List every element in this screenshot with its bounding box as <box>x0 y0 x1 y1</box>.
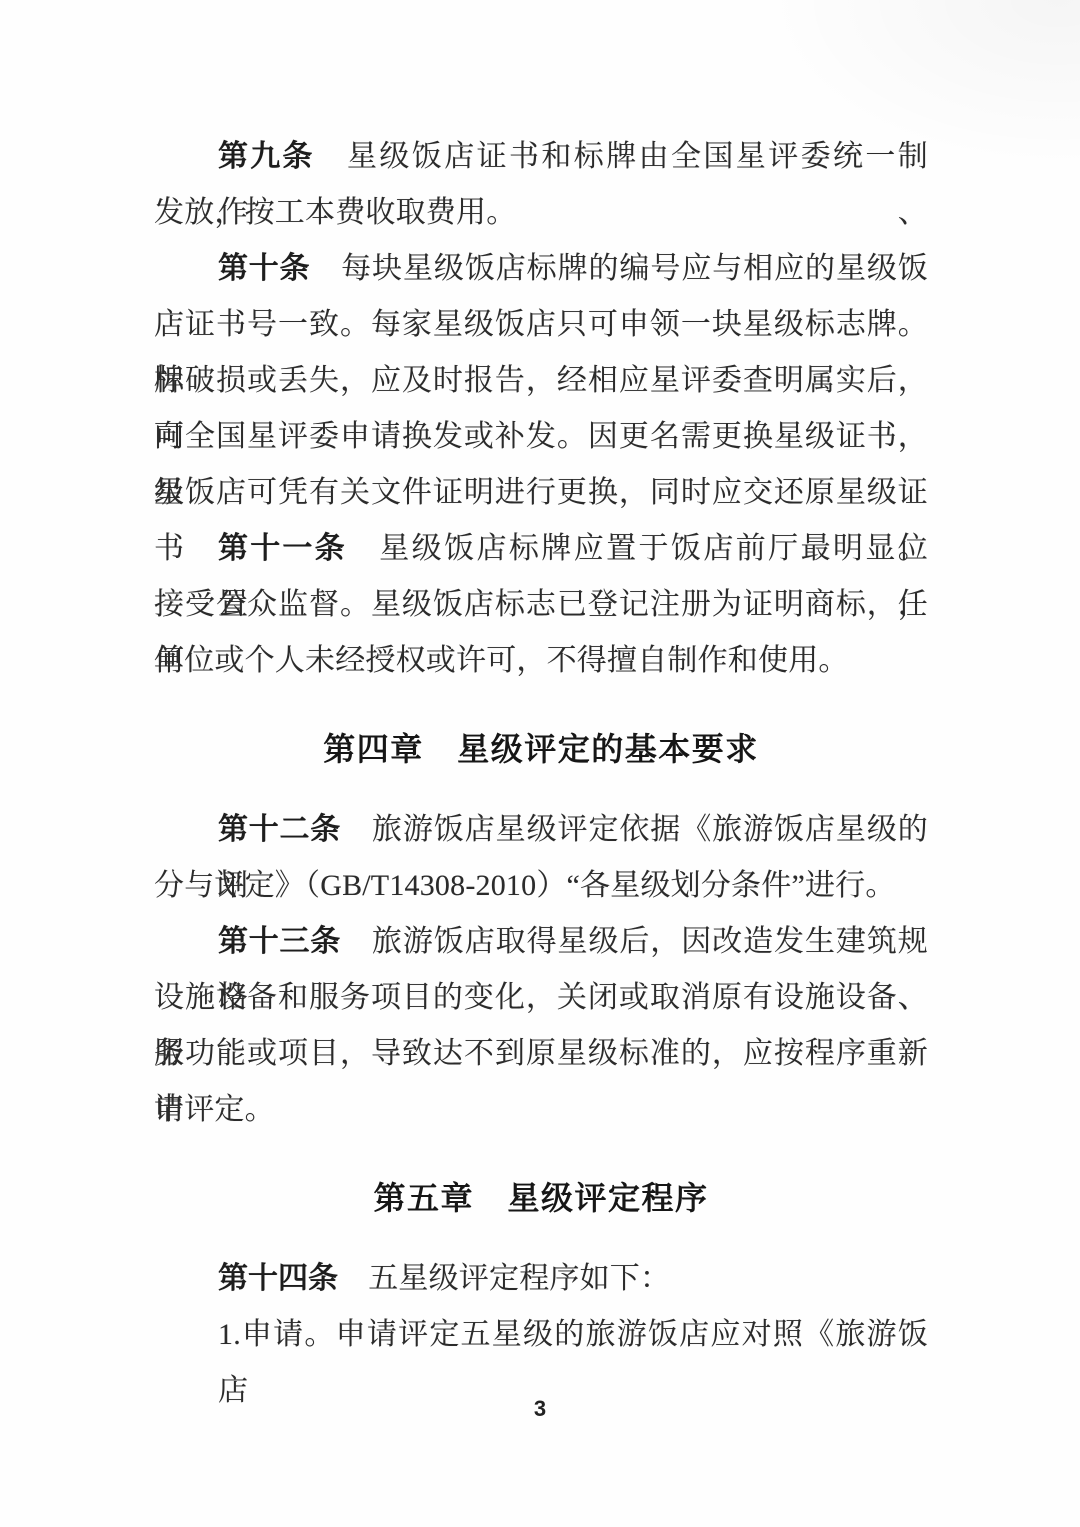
article-number: 第十条 <box>218 252 310 285</box>
text-line: 店证书号一致。每家星级饭店只可申领一块星级标志牌。标 <box>154 297 928 353</box>
text-line: 请评定。 <box>154 1082 928 1138</box>
document-page: 第九条 星级饭店证书和标牌由全国星评委统一制作、发放，按工本费收取费用。第十条 … <box>0 0 1080 1527</box>
text-block: 第九条 星级饭店证书和标牌由全国星评委统一制作、发放，按工本费收取费用。第十条 … <box>154 129 928 1363</box>
text-line: 牌破损或丢失，应及时报告，经相应星评委查明属实后，可 <box>154 353 928 409</box>
text-line: 1.申请。申请评定五星级的旅游饭店应对照《旅游饭店 <box>154 1307 928 1363</box>
article-number: 第十二条 <box>218 813 341 846</box>
chapter-heading: 第五章 星级评定程序 <box>154 1170 928 1226</box>
text-line: 务功能或项目，导致达不到原星级标准的，应按程序重新申 <box>154 1026 928 1082</box>
page-number: 3 <box>0 1396 1080 1422</box>
text-line: 第十条 每块星级饭店标牌的编号应与相应的星级饭 <box>154 241 928 297</box>
article-number: 第十三条 <box>218 925 341 958</box>
text-line: 接受公众监督。星级饭店标志已登记注册为证明商标，任何 <box>154 577 928 633</box>
text-line: 级饭店可凭有关文件证明进行更换，同时应交还原星级证书。 <box>154 465 928 521</box>
article-number: 第九条 <box>218 140 315 173</box>
text-line: 第十二条 旅游饭店星级评定依据《旅游饭店星级的划 <box>154 802 928 858</box>
text-line: 第十四条 五星级评定程序如下： <box>154 1251 928 1307</box>
text-line: 第十三条 旅游饭店取得星级后，因改造发生建筑规格、 <box>154 914 928 970</box>
article-number: 第十四条 <box>218 1262 338 1295</box>
text-line: 设施设备和服务项目的变化，关闭或取消原有设施设备、服 <box>154 970 928 1026</box>
chapter-heading: 第四章 星级评定的基本要求 <box>154 721 928 777</box>
text-line: 向全国星评委申请换发或补发。因更名需更换星级证书，星 <box>154 409 928 465</box>
text-line: 分与评定》（GB/T14308-2010）“各星级划分条件”进行。 <box>154 858 928 914</box>
text-line: 第十一条 星级饭店标牌应置于饭店前厅最明显位置， <box>154 521 928 577</box>
article-number: 第十一条 <box>218 532 347 565</box>
text-line: 第九条 星级饭店证书和标牌由全国星评委统一制作、 <box>154 129 928 185</box>
text-line: 单位或个人未经授权或许可，不得擅自制作和使用。 <box>154 633 928 689</box>
